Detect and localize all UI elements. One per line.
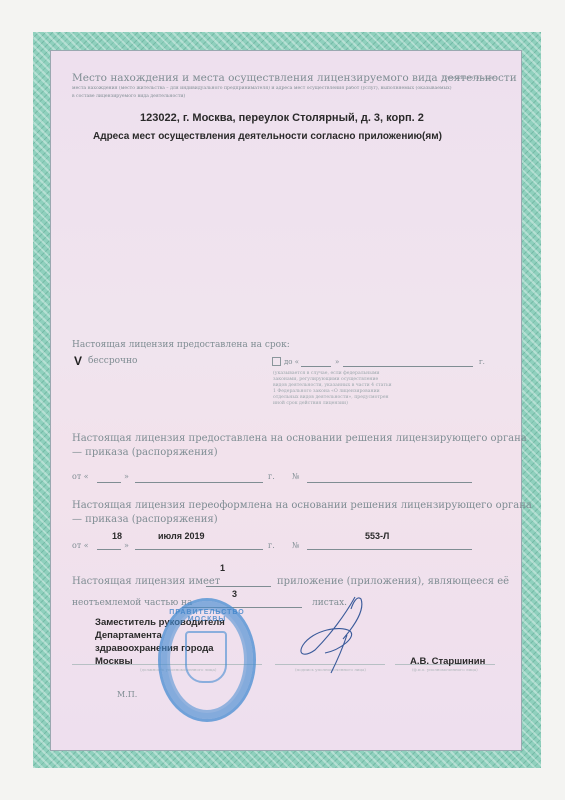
until-note: (указывается в случае, если федеральными… [273, 371, 393, 407]
granted-basis-line2: — приказа (распоряжения) [72, 447, 218, 458]
appendix-sheets-value: 3 [232, 589, 237, 599]
granted-quote-close: » [124, 472, 129, 481]
until-label: до « [284, 358, 299, 366]
official-stamp-icon: ПРАВИТЕЛЬСТВО МОСКВЫ [158, 598, 256, 722]
reissued-day-value: 18 [112, 531, 122, 541]
caption-name: (ф.и.о. уполномоченного лица) [412, 667, 478, 672]
granted-from-label: от « [72, 472, 89, 481]
granted-day-field[interactable] [97, 482, 121, 483]
until-checkbox[interactable] [272, 357, 281, 366]
signatory-name: А.В. Старшинин [410, 656, 485, 667]
until-quote-close: » [335, 358, 339, 366]
appendix-text-after: приложение (приложения), являющееся её [277, 576, 509, 587]
addresses-per-appendix: Адреса мест осуществления деятельности с… [93, 131, 442, 142]
seal-label: М.П. [117, 690, 137, 699]
granted-number-label: № [292, 472, 300, 481]
reissued-day-field [97, 549, 121, 550]
granted-year-suffix: г. [268, 472, 275, 481]
signatory-position-line4: Москвы [95, 656, 133, 667]
reissued-number-value: 553-Л [365, 531, 389, 541]
granted-month-year-field[interactable] [135, 482, 263, 483]
reissued-month-year-field [135, 549, 263, 550]
until-year-suffix: г. [479, 358, 485, 366]
reissued-basis-line1: Настоящая лицензия переоформлена на осно… [72, 500, 532, 511]
reissued-year-suffix: г. [268, 541, 275, 550]
stamp-text: ПРАВИТЕЛЬСТВО МОСКВЫ [161, 609, 253, 623]
location-note-1: (указываются адрес [443, 75, 496, 81]
term-label: Настоящая лицензия предоставлена на срок… [72, 340, 290, 350]
handwritten-signature-icon [285, 595, 395, 675]
indefinite-label: бессрочно [88, 356, 137, 366]
granted-number-field[interactable] [307, 482, 472, 483]
granted-basis-line1: Настоящая лицензия предоставлена на осно… [72, 433, 527, 444]
reissued-quote-close: » [124, 541, 129, 550]
appendix-text-before: Настоящая лицензия имеет [72, 576, 220, 587]
reissued-basis-line2: — приказа (распоряжения) [72, 514, 218, 525]
until-day-field[interactable] [301, 366, 331, 367]
location-note-3: в составе лицензируемого вида деятельнос… [72, 94, 185, 99]
indefinite-checkbox-checked[interactable]: V [74, 354, 82, 368]
reissued-from-label: от « [72, 541, 89, 550]
appendix-count-field [206, 586, 271, 587]
reissued-number-label: № [292, 541, 300, 550]
reissued-number-field [307, 549, 472, 550]
location-note-2: места нахождения (место жительства – для… [72, 86, 502, 91]
license-address: 123022, г. Москва, переулок Столярный, д… [140, 112, 424, 124]
reissued-month-year-value: июля 2019 [158, 531, 205, 541]
signatory-position-line2: Департамента [95, 630, 162, 641]
coat-of-arms-icon [185, 631, 227, 683]
appendix-count-value: 1 [220, 563, 225, 573]
until-month-year-field[interactable] [343, 366, 473, 367]
appendix-line2-before: неотъемлемой частью на [72, 598, 192, 608]
